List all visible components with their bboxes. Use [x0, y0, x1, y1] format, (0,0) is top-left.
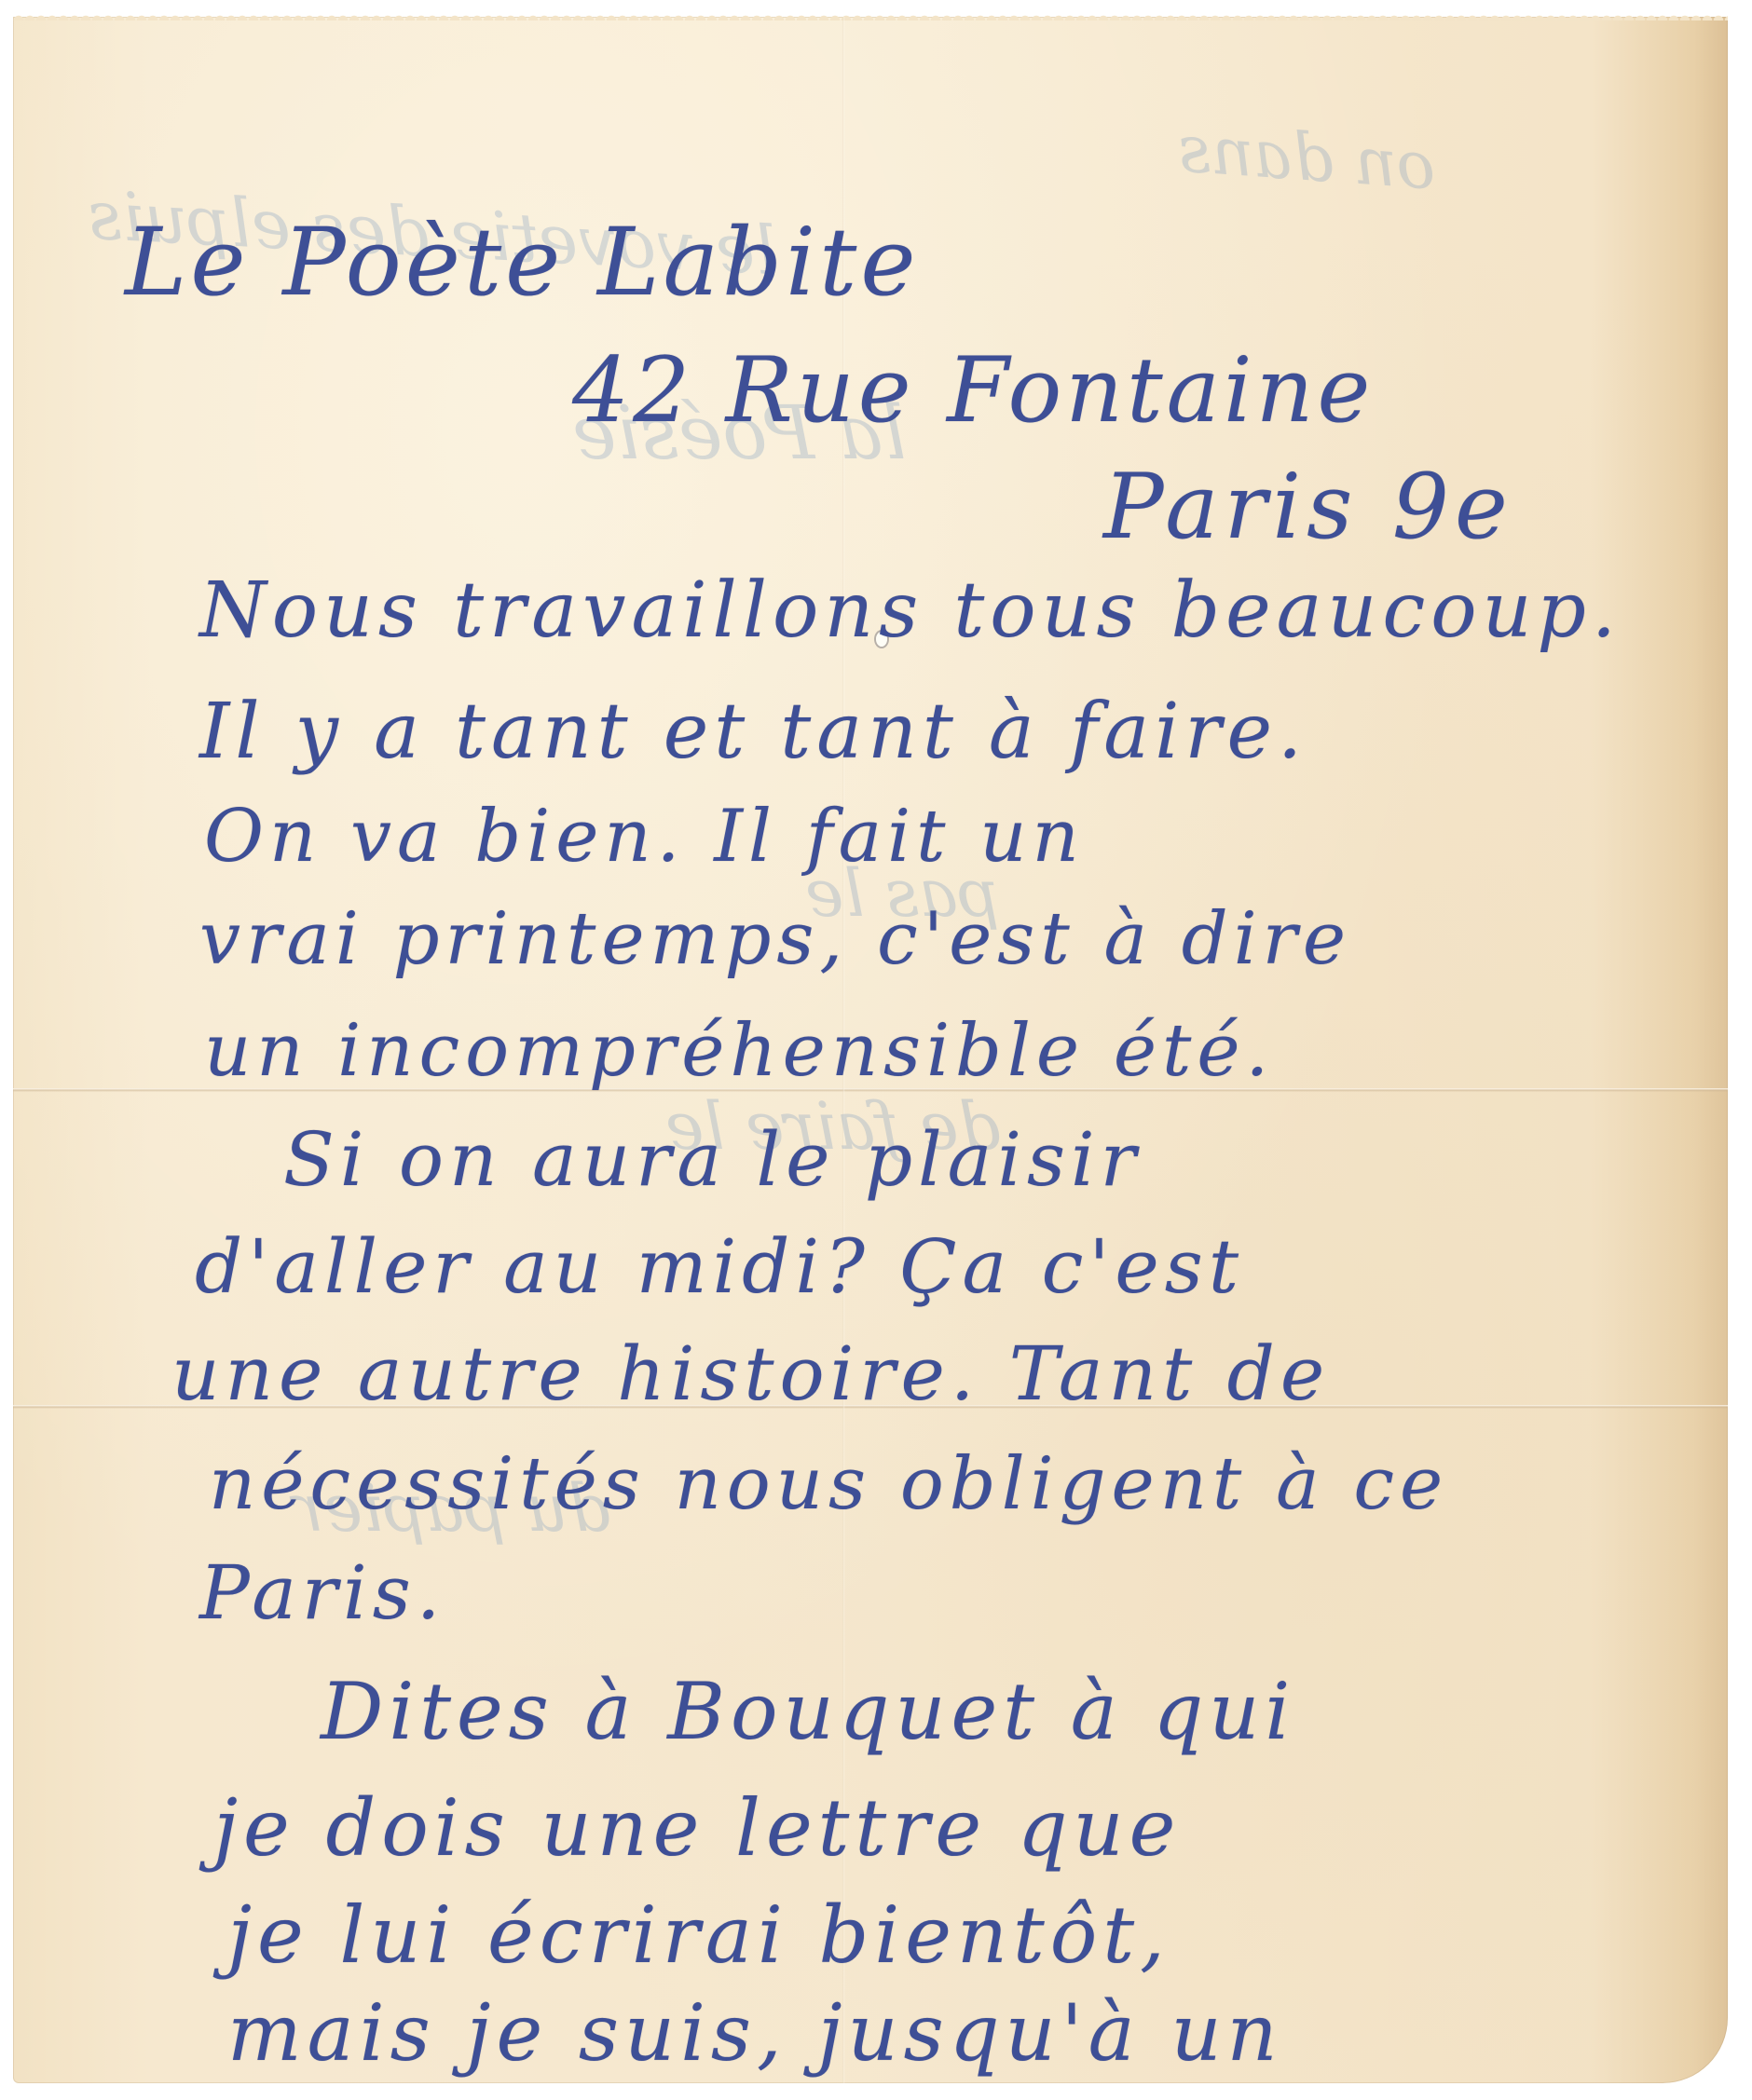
letter-line: Paris.: [199, 1549, 445, 1636]
letter-line: un incompréhensible été.: [204, 1009, 1274, 1093]
address-city: Paris 9e: [1103, 455, 1513, 559]
letter-sheet: on dans le vovetie des elpuis la Poésie …: [13, 17, 1728, 2083]
letter-line: On va bien. Il fait un: [204, 795, 1085, 879]
letter-line: je lui écrirai bientôt,: [227, 1889, 1170, 1981]
letter-line: mais je suis, jusqu'à un: [227, 1987, 1283, 2079]
letter-line: Si on aura le plaisir: [283, 1116, 1142, 1203]
letter-line: nécessités nous obligent à ce: [209, 1442, 1448, 1526]
letter-line: Dites à Bouquet à qui: [321, 1666, 1295, 1757]
letter-line: d'aller au midi? Ça c'est: [195, 1223, 1244, 1310]
bleed-through-line: on dans: [1175, 110, 1438, 204]
address-street: 42 Rue Fontaine: [572, 338, 1374, 443]
letter-line: une autre histoire. Tant de: [171, 1330, 1330, 1417]
letter-line: Il y a tant et tant à faire.: [199, 688, 1307, 776]
letter-line: Nous travaillons tous beaucoup.: [199, 566, 1622, 655]
letter-line: vrai printemps, c'est à dire: [199, 897, 1351, 981]
address-recipient: Le Poète Labite: [125, 208, 920, 317]
letter-line: je dois une lettre que: [213, 1782, 1181, 1874]
